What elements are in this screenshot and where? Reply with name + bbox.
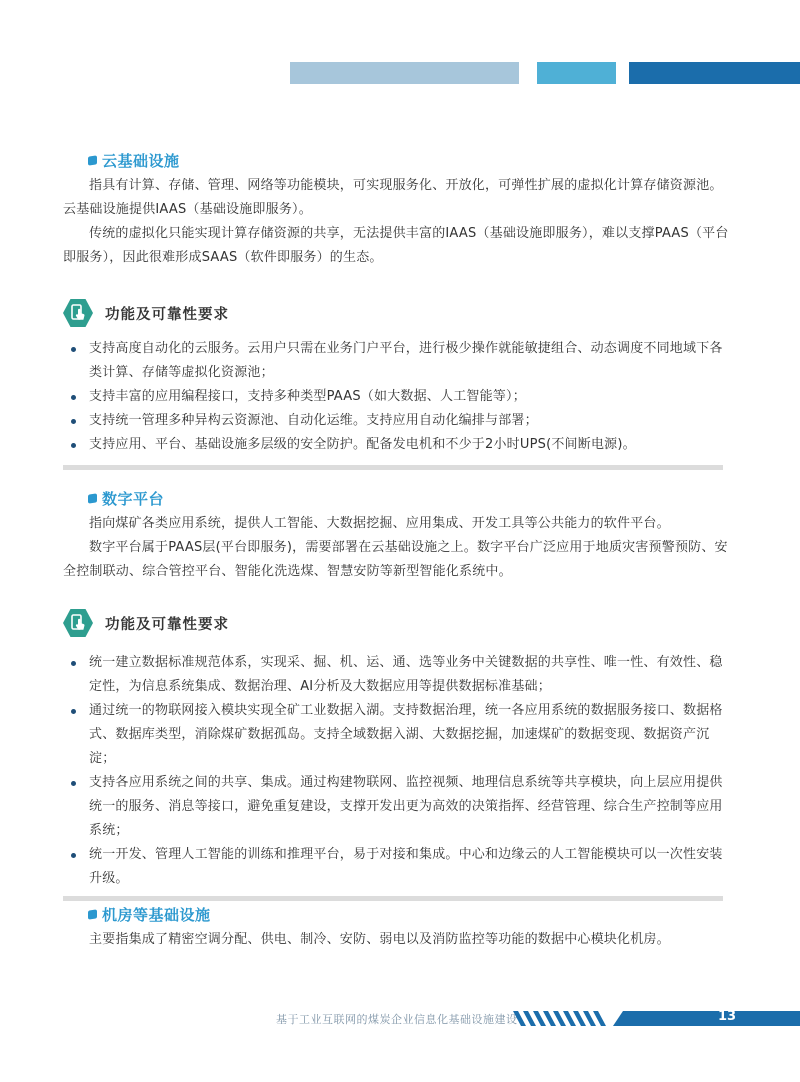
section-divider xyxy=(63,896,723,901)
list-item: 统一建立数据标准规范体系，实现采、掘、机、运、通、选等业务中关键数据的共享性、唯… xyxy=(63,651,733,699)
requirements-header-1: 功能及可靠性要求 xyxy=(63,299,229,327)
paragraph: 数字平台属于PAAS层(平台即服务)，需要部署在云基础设施之上。数字平台广泛应用… xyxy=(63,536,733,584)
requirements-list-1: 支持高度自动化的云服务。云用户只需在业务门户平台，进行极少操作就能敏捷组合、动态… xyxy=(63,337,733,457)
list-item: 支持高度自动化的云服务。云用户只需在业务门户平台，进行极少操作就能敏捷组合、动态… xyxy=(63,337,733,385)
header-bar-dark xyxy=(629,62,800,84)
cloud-infrastructure-description: 指具有计算、存储、管理、网络等功能模块，可实现服务化、开放化，可弹性扩展的虚拟化… xyxy=(63,174,733,270)
section-title-cloud-infrastructure: 云基础设施 xyxy=(88,150,180,171)
data-center-description: 主要指集成了精密空调分配、供电、制冷、安防、弱电以及消防监控等功能的数据中心模块… xyxy=(63,928,733,952)
list-item: 统一开发、管理人工智能的训练和推理平台，易于对接和集成。中心和边缘云的人工智能模… xyxy=(63,843,733,891)
section-divider xyxy=(63,465,723,470)
paragraph: 主要指集成了精密空调分配、供电、制冷、安防、弱电以及消防监控等功能的数据中心模块… xyxy=(63,928,733,952)
bullet-square-icon xyxy=(88,909,97,919)
section-title-digital-platform: 数字平台 xyxy=(88,488,164,509)
header-bar-light xyxy=(290,62,519,84)
requirements-title: 功能及可靠性要求 xyxy=(105,613,229,634)
list-item: 支持统一管理多种异构云资源池、自动化运维。支持应用自动化编排与部署； xyxy=(63,409,733,433)
page-number: 13 xyxy=(718,1009,736,1024)
footer-stripes-decoration xyxy=(513,1011,623,1026)
digital-platform-description: 指向煤矿各类应用系统，提供人工智能、大数据挖掘、应用集成、开发工具等公共能力的软… xyxy=(63,512,733,584)
requirements-header-2: 功能及可靠性要求 xyxy=(63,609,229,637)
touch-device-icon xyxy=(63,609,93,637)
header-bar-mid xyxy=(537,62,616,84)
paragraph: 指具有计算、存储、管理、网络等功能模块，可实现服务化、开放化，可弹性扩展的虚拟化… xyxy=(63,174,733,222)
list-item: 支持各应用系统之间的共享、集成。通过构建物联网、监控视频、地理信息系统等共享模块… xyxy=(63,771,733,843)
footer-document-title: 基于工业互联网的煤炭企业信息化基础设施建设 xyxy=(276,1011,518,1027)
requirements-list-2: 统一建立数据标准规范体系，实现采、掘、机、运、通、选等业务中关键数据的共享性、唯… xyxy=(63,651,733,891)
list-item: 通过统一的物联网接入模块实现全矿工业数据入湖。支持数据治理，统一各应用系统的数据… xyxy=(63,699,733,771)
list-item: 支持丰富的应用编程接口，支持多种类型PAAS（如大数据、人工智能等）； xyxy=(63,385,733,409)
touch-device-icon xyxy=(63,299,93,327)
list-item: 支持应用、平台、基础设施多层级的安全防护。配备发电机和不少于2小时UPS(不间断… xyxy=(63,433,733,457)
footer-bar xyxy=(613,1011,800,1026)
requirements-title: 功能及可靠性要求 xyxy=(105,303,229,324)
section-title-data-center: 机房等基础设施 xyxy=(88,904,211,925)
bullet-square-icon xyxy=(88,493,97,503)
paragraph: 指向煤矿各类应用系统，提供人工智能、大数据挖掘、应用集成、开发工具等公共能力的软… xyxy=(63,512,733,536)
bullet-square-icon xyxy=(88,155,97,165)
paragraph: 传统的虚拟化只能实现计算存储资源的共享，无法提供丰富的IAAS（基础设施即服务）… xyxy=(63,222,733,270)
